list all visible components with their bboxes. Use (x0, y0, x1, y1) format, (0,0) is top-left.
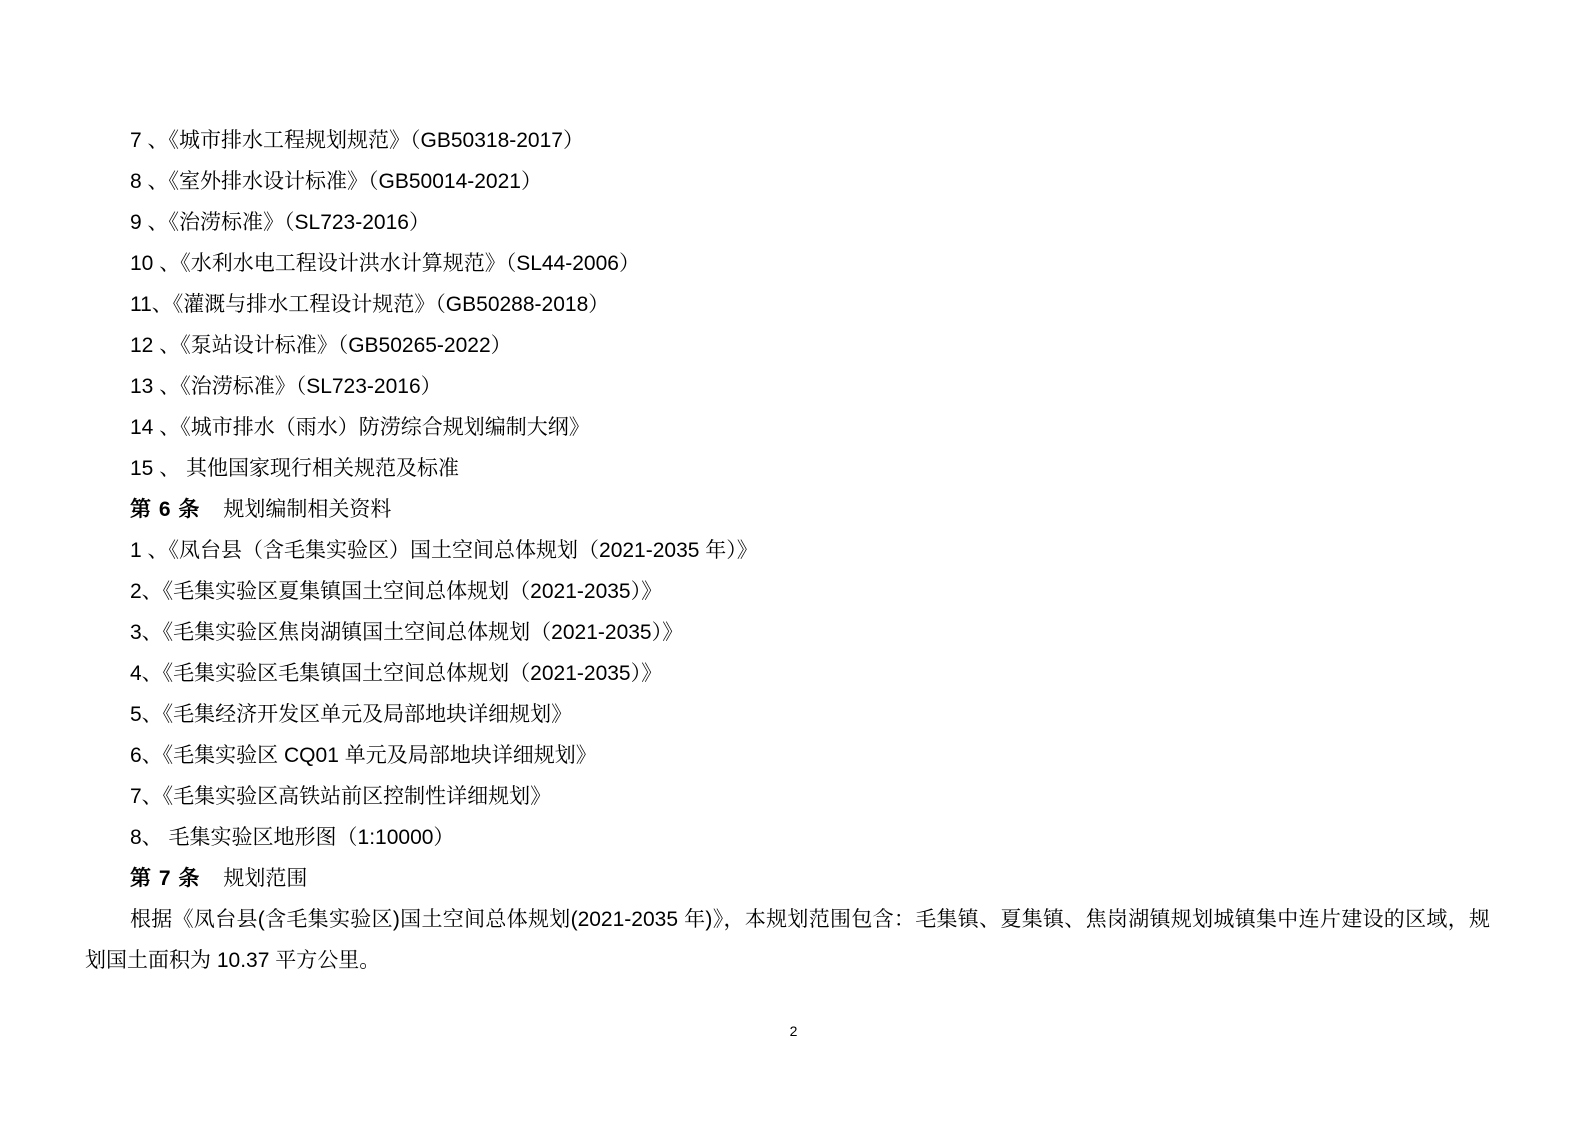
standards-list-item: 9 、《治涝标准》（SL723-2016） (85, 202, 1490, 243)
section-6-heading: 第 6 条规划编制相关资料 (85, 489, 1490, 530)
reference-list-item: 4、《毛集实验区毛集镇国土空间总体规划（2021-2035）》 (85, 653, 1490, 694)
reference-list-item: 3、《毛集实验区焦岗湖镇国土空间总体规划（2021-2035）》 (85, 612, 1490, 653)
section-6-heading-number: 第 6 条 (130, 498, 200, 521)
document-body: 7 、《城市排水工程规划规范》（GB50318-2017） 8 、《室外排水设计… (85, 120, 1490, 981)
document-page: 7 、《城市排水工程规划规范》（GB50318-2017） 8 、《室外排水设计… (0, 0, 1587, 1122)
standards-list-item: 8 、《室外排水设计标准》（GB50014-2021） (85, 161, 1490, 202)
page-number: 2 (790, 1023, 798, 1039)
reference-list-item: 8、 毛集实验区地形图（1:10000） (85, 817, 1490, 858)
reference-list-item: 7、《毛集实验区高铁站前区控制性详细规划》 (85, 776, 1490, 817)
body-paragraph: 根据《凤台县(含毛集实验区)国土空间总体规划(2021-2035 年)》，本规划… (85, 899, 1490, 981)
section-7-heading-number: 第 7 条 (130, 867, 200, 890)
standards-list-item: 14 、《城市排水（雨水）防涝综合规划编制大纲》 (85, 407, 1490, 448)
reference-list-item: 2、《毛集实验区夏集镇国土空间总体规划（2021-2035）》 (85, 571, 1490, 612)
standards-list-item: 13 、《治涝标准》（SL723-2016） (85, 366, 1490, 407)
section-7-heading-title: 规划范围 (223, 867, 307, 890)
page-footer: 2 (0, 1022, 1587, 1040)
section-6-heading-title: 规划编制相关资料 (223, 498, 391, 521)
standards-list-item: 12 、《泵站设计标准》（GB50265-2022） (85, 325, 1490, 366)
reference-list-item: 5、《毛集经济开发区单元及局部地块详细规划》 (85, 694, 1490, 735)
standards-list-item: 11、《灌溉与排水工程设计规范》（GB50288-2018） (85, 284, 1490, 325)
reference-list-item: 6、《毛集实验区 CQ01 单元及局部地块详细规划》 (85, 735, 1490, 776)
section-7-heading: 第 7 条规划范围 (85, 858, 1490, 899)
standards-list-item: 7 、《城市排水工程规划规范》（GB50318-2017） (85, 120, 1490, 161)
standards-list-item: 15 、 其他国家现行相关规范及标准 (85, 448, 1490, 489)
standards-list-item: 10 、《水利水电工程设计洪水计算规范》（SL44-2006） (85, 243, 1490, 284)
reference-list-item: 1 、《凤台县（含毛集实验区）国土空间总体规划（2021-2035 年）》 (85, 530, 1490, 571)
